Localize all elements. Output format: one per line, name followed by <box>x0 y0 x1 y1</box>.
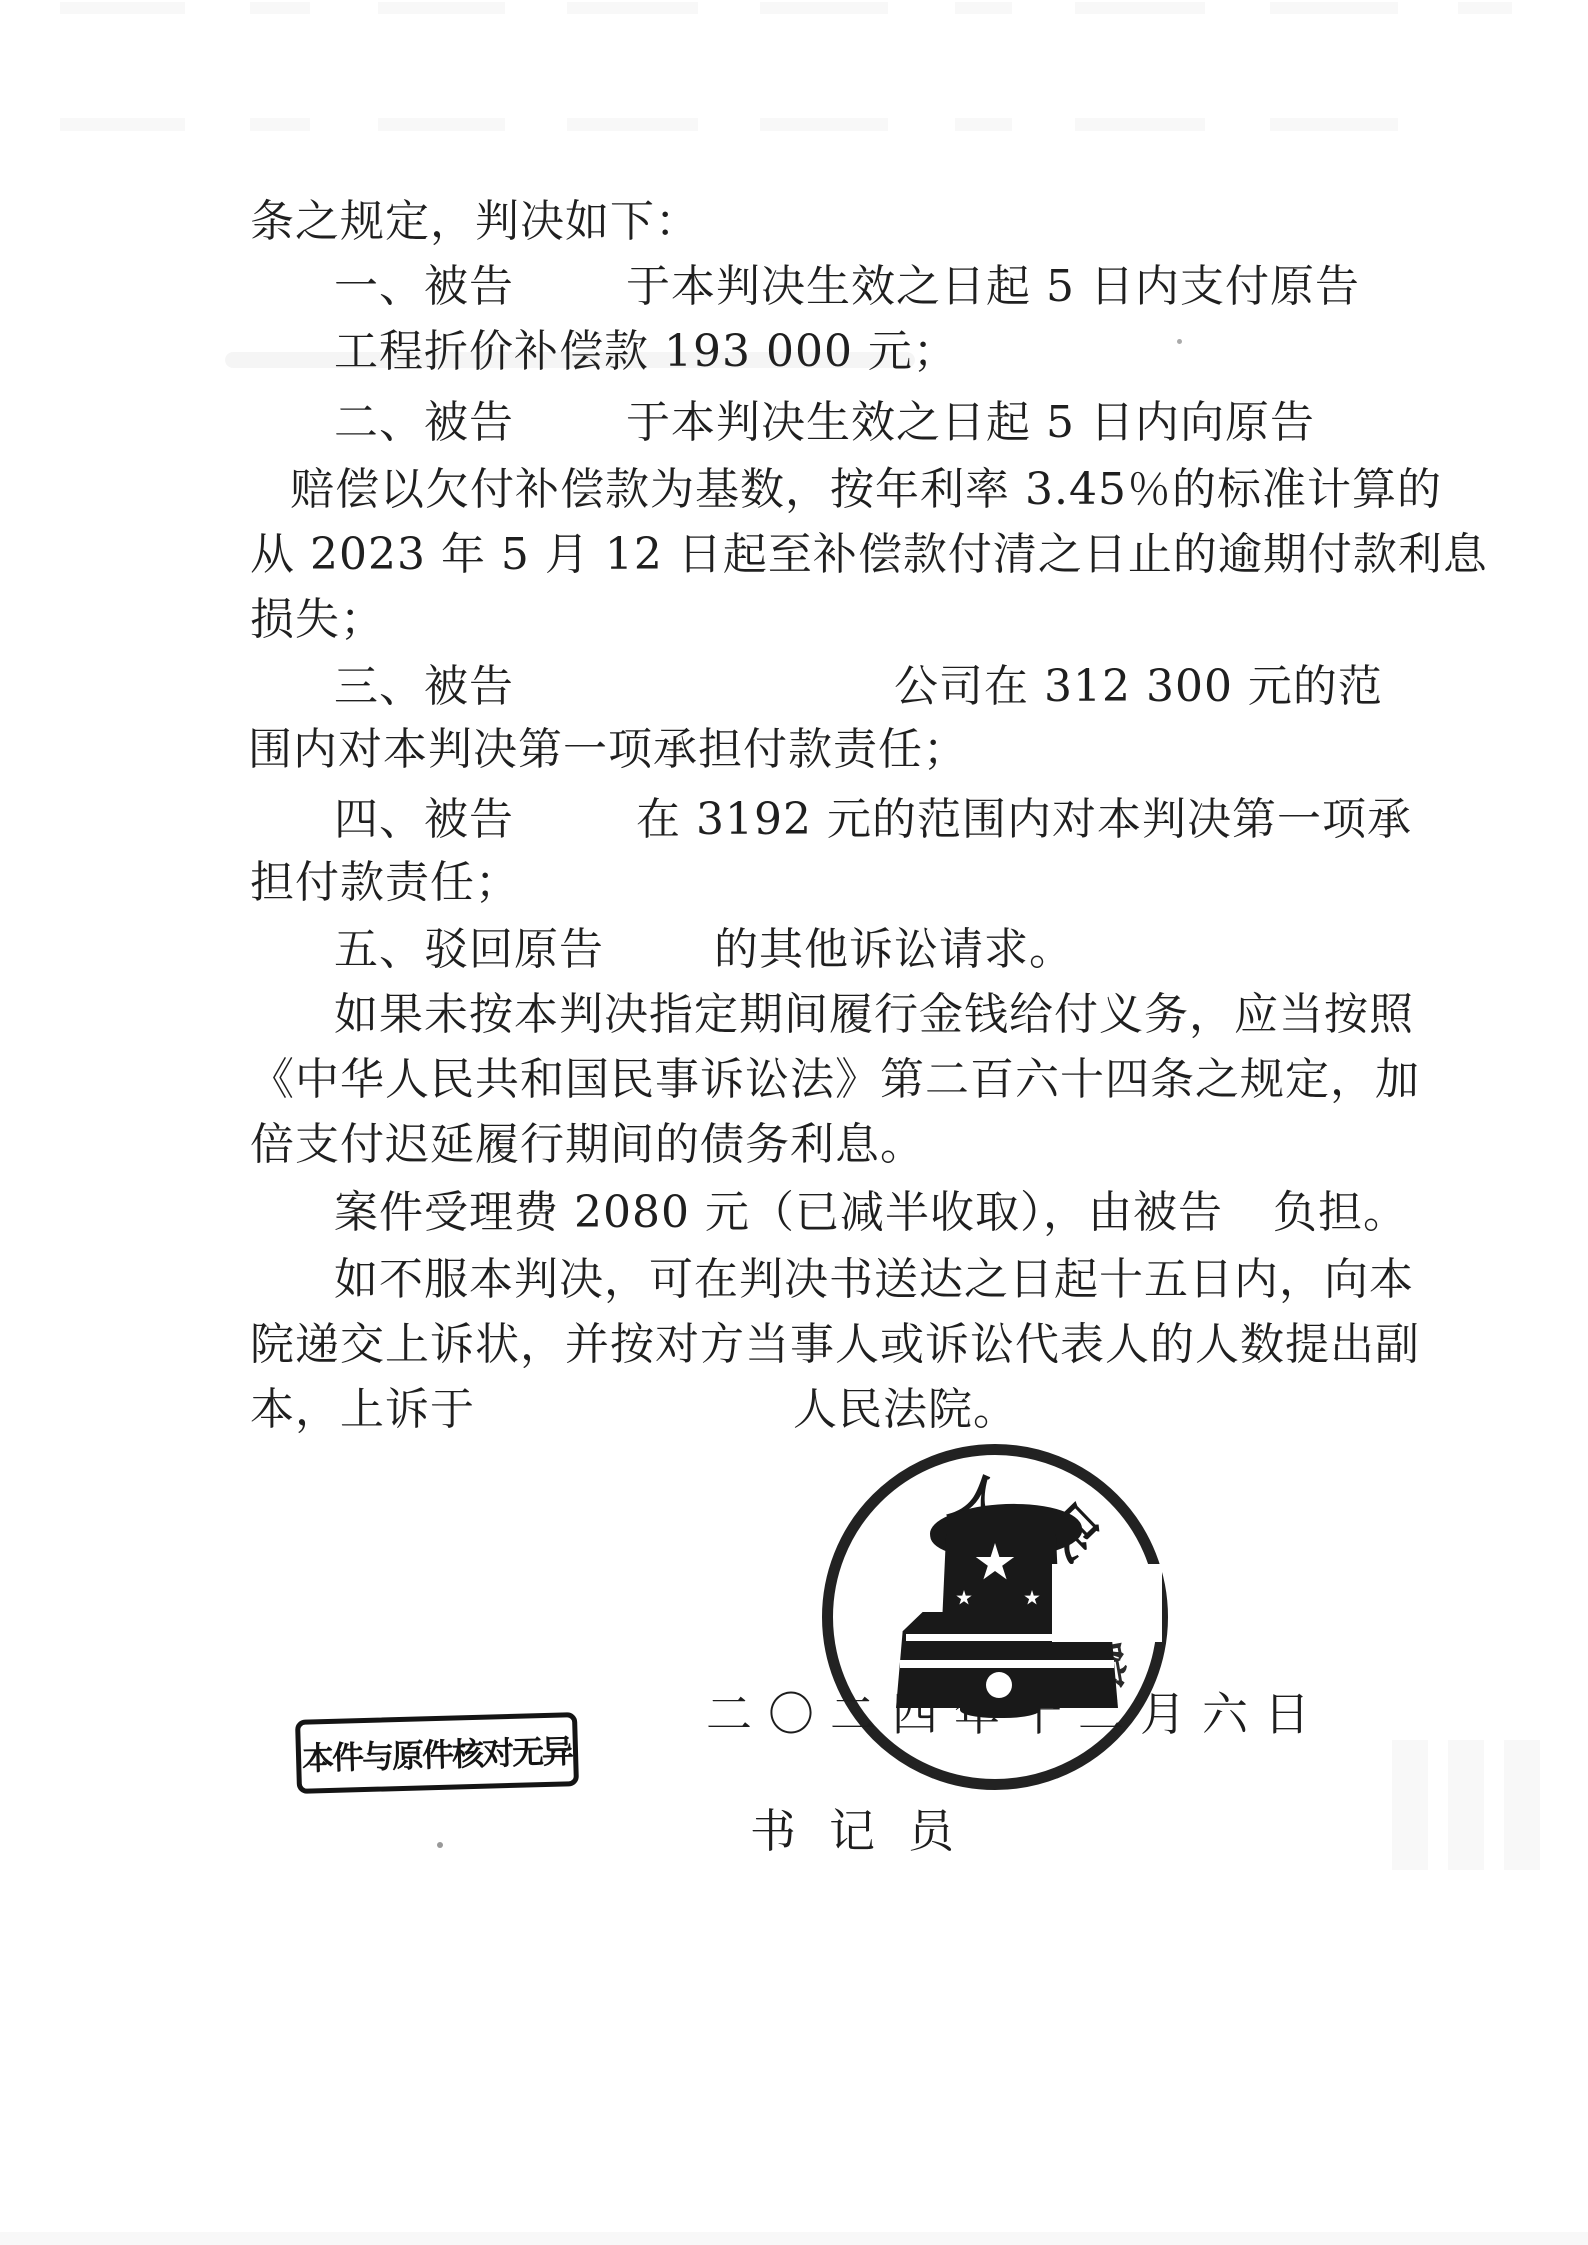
judgment-line-6: 从 2023 年 5 月 12 日起至补偿款付清之日止的逾期付款利息 <box>250 530 1488 581</box>
scan-artifact <box>1392 1740 1428 1870</box>
judgment-line-18: 院递交上诉状，并按对方当事人或诉讼代表人的人数提出副 <box>250 1320 1420 1371</box>
judgment-line-15: 倍支付迟延履行期间的债务利息。 <box>250 1120 925 1171</box>
redacted-name-gap <box>1223 1226 1273 1227</box>
judgment-line-17: 如不服本判决，可在判决书送达之日起十五日内，向本 <box>334 1255 1414 1306</box>
line-text: 一、被告 <box>334 261 514 312</box>
gate-arch <box>986 1672 1012 1698</box>
judgment-line-13: 如果未按本判决指定期间履行金钱给付义务，应当按照 <box>334 990 1414 1041</box>
judgment-line-19: 本，上诉于人民法院。 <box>250 1385 1018 1436</box>
scan-artifact <box>1504 1740 1540 1870</box>
scan-artifact <box>1448 1740 1484 1870</box>
judgment-line-4: 二、被告于本判决生效之日起 5 日内向原告 <box>334 398 1315 449</box>
judgment-line-2: 一、被告于本判决生效之日起 5 日内支付原告 <box>334 262 1360 313</box>
line-text: 倍支付迟延履行期间的债务利息。 <box>250 1119 925 1170</box>
line-text: 三、被告 <box>334 661 514 712</box>
scan-artifact <box>955 2 1012 14</box>
scan-artifact <box>250 118 310 131</box>
judgment-line-1: 条之规定，判决如下： <box>250 197 700 248</box>
ink-speck <box>437 1842 443 1848</box>
line-text: 如果未按本判决指定期间履行金钱给付义务，应当按照 <box>334 989 1414 1040</box>
line-text: 条之规定，判决如下： <box>250 196 700 247</box>
line-text: 工程折价补偿款 193 000 元； <box>334 326 958 377</box>
scan-artifact <box>250 2 310 14</box>
redacted-name-gap <box>604 963 714 964</box>
scan-artifact <box>1458 2 1512 14</box>
judgment-line-9: 围内对本判决第一项承担付款责任； <box>248 725 968 776</box>
scan-artifact <box>760 2 888 14</box>
line-text: 于本判决生效之日起 5 日内支付原告 <box>626 261 1360 312</box>
scan-artifact <box>60 118 185 131</box>
scan-artifact <box>60 2 185 14</box>
line-text: 《中华人民共和国民事诉讼法》第二百六十四条之规定，加 <box>250 1054 1420 1105</box>
redacted-name-gap <box>514 700 894 701</box>
scan-artifact <box>567 118 698 131</box>
line-text: 公司在 312 300 元的范 <box>894 661 1383 712</box>
emblem-base <box>960 1700 1040 1718</box>
certification-stamp: 本件与原件核对无异 <box>295 1712 579 1794</box>
scan-artifact <box>1270 118 1398 131</box>
judgment-line-12: 五、驳回原告的其他诉讼请求。 <box>334 925 1074 976</box>
redacted-name-gap <box>514 436 626 437</box>
judgment-line-8: 三、被告公司在 312 300 元的范 <box>334 662 1383 713</box>
line-text: 五、驳回原告 <box>334 924 604 975</box>
judgment-line-14: 《中华人民共和国民事诉讼法》第二百六十四条之规定，加 <box>250 1055 1420 1106</box>
line-text: 人民法院。 <box>793 1384 1018 1435</box>
line-text: 四、被告 <box>334 794 514 845</box>
redacted-name-gap <box>514 300 626 301</box>
clerk-label: 书记员 <box>750 1795 987 1861</box>
scan-artifact <box>955 118 1012 131</box>
ink-speck <box>1177 339 1182 344</box>
line-text: 赔偿以欠付补偿款为基数，按年利率 3.45％的标准计算的 <box>290 464 1442 515</box>
redacted-name-gap <box>514 833 636 834</box>
judgment-line-3: 工程折价补偿款 193 000 元； <box>334 327 958 378</box>
judgment-page: 条之规定，判决如下： 一、被告于本判决生效之日起 5 日内支付原告 工程折价补偿… <box>0 0 1588 2245</box>
scan-artifact <box>760 118 888 131</box>
line-text: 围内对本判决第一项承担付款责任； <box>248 724 968 775</box>
judgment-line-5: 赔偿以欠付补偿款为基数，按年利率 3.45％的标准计算的 <box>290 465 1442 516</box>
gate-roof-line-2 <box>900 1660 1114 1668</box>
line-text: 从 2023 年 5 月 12 日起至补偿款付清之日止的逾期付款利息 <box>250 529 1488 580</box>
line-text: 在 3192 元的范围内对本判决第一项承 <box>636 794 1412 845</box>
judgment-line-16: 案件受理费 2080 元（已减半收取），由被告负担。 <box>334 1188 1408 1239</box>
line-text: 二、被告 <box>334 397 514 448</box>
line-text: 如不服本判决，可在判决书送达之日起十五日内，向本 <box>334 1254 1414 1305</box>
scan-artifact <box>378 118 505 131</box>
judgment-line-10: 四、被告在 3192 元的范围内对本判决第一项承 <box>334 795 1412 846</box>
line-text: 本，上诉于 <box>250 1384 475 1435</box>
scan-artifact <box>567 2 698 14</box>
line-text: 担付款责任； <box>250 857 520 908</box>
line-text: 损失； <box>250 594 385 645</box>
judgment-line-7: 损失； <box>250 595 385 646</box>
line-text: 的其他诉讼请求。 <box>714 924 1074 975</box>
line-text: 负担。 <box>1273 1187 1408 1238</box>
seal-redaction-patch <box>1052 1564 1162 1642</box>
scan-artifact <box>1075 118 1205 131</box>
line-text: 于本判决生效之日起 5 日内向原告 <box>626 397 1315 448</box>
certification-stamp-text: 本件与原件核对无异 <box>301 1726 572 1780</box>
scan-artifact <box>0 2232 1588 2245</box>
judgment-line-11: 担付款责任； <box>250 858 520 909</box>
line-text: 案件受理费 2080 元（已减半收取），由被告 <box>334 1187 1223 1238</box>
scan-artifact <box>1270 2 1398 14</box>
scan-artifact <box>378 2 505 14</box>
line-text: 院递交上诉状，并按对方当事人或诉讼代表人的人数提出副 <box>250 1319 1420 1370</box>
scan-artifact <box>1075 2 1205 14</box>
redacted-court-gap <box>475 1423 793 1424</box>
